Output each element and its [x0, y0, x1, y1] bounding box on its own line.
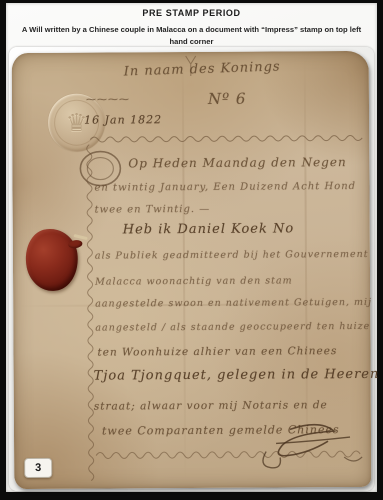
handwriting-line: als Publiek geadmitteerd bij het Gouvern…	[95, 249, 369, 262]
handwriting-line: Op Heden Maandag den Negen	[128, 155, 346, 170]
will-document-photo: ♛ In naam des Konings Nº 6 ⁓⁓⁓⁓ 16 Jan 1…	[12, 51, 372, 489]
album-sheet: { "page": { "title": "PRE STAMP PERIOD",…	[0, 0, 383, 500]
handwriting-line: en twintig January, Een Duizend Acht Hon…	[94, 181, 356, 194]
wax-seal	[23, 226, 82, 293]
handwriting-line: aangesteld / als staande geoccupeerd ten…	[95, 321, 370, 334]
page-title: PRE STAMP PERIOD	[6, 8, 377, 18]
margin-wavy-rule	[84, 145, 96, 481]
signature-flourish	[260, 417, 370, 474]
handwriting-line: In naam des Konings	[124, 59, 281, 79]
handwriting-line: ten Woonhuize alhier van een Chinees	[97, 345, 337, 358]
handwriting-line: Tjoa Tjongquet, gelegen in de Heeren	[94, 367, 380, 384]
handwriting-line: Malacca woonachtig van den stam	[95, 275, 293, 287]
handwriting-line: ⁓⁓⁓⁓	[86, 94, 130, 105]
fold-crease-vertical	[182, 58, 187, 482]
handwriting-line: aangestelde swoon en nativement Getuigen…	[95, 297, 372, 310]
caption-line1: A Will written by a Chinese couple in Ma…	[22, 25, 361, 46]
handwriting-line: Nº 6	[208, 90, 247, 108]
item-number-label: 3	[24, 458, 52, 478]
handwriting-line: 16 Jan 1822	[84, 113, 162, 126]
wax-seal-drip	[68, 239, 83, 248]
handwriting-line: straat; alwaar voor mij Notaris en de	[94, 399, 328, 412]
handwriting-line: twee en Twintig. —	[95, 204, 211, 216]
handwriting-line: Heb ik Daniel Koek No	[123, 221, 295, 237]
wavy-divider	[90, 133, 362, 145]
